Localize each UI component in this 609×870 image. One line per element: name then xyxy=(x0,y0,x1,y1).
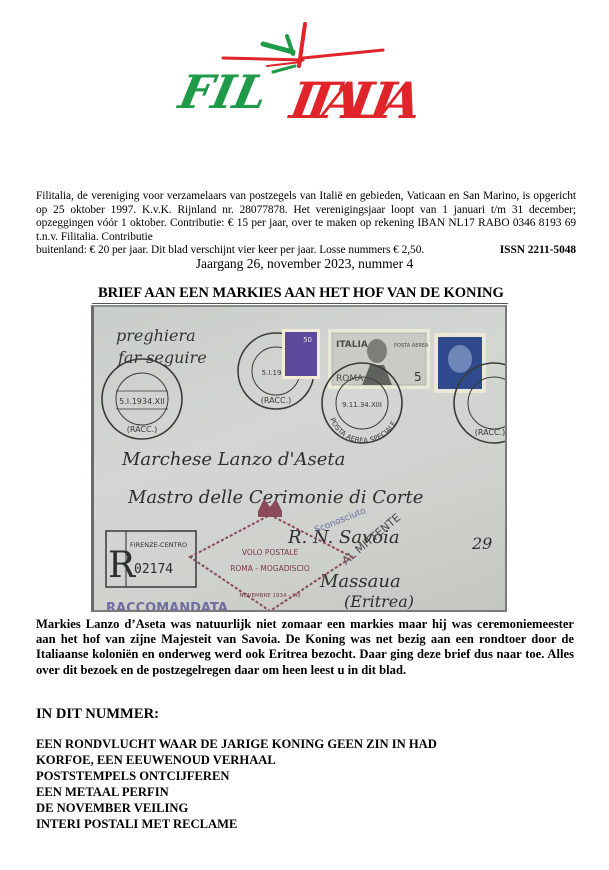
toc-item: KORFOE, EEN EEUWENOUD VERHAAL xyxy=(36,753,437,769)
postmark-right-racc: (RACC.) xyxy=(475,428,506,437)
address-line-4: Massaua xyxy=(319,571,401,592)
handwriting-preghiera: preghiera xyxy=(116,326,196,345)
postmark-airmail-date: 9.11.34.XIII xyxy=(342,401,382,409)
toc-heading: IN DIT NUMMER: xyxy=(36,706,159,723)
filitalia-logo: FIL ITALIA xyxy=(175,22,445,147)
stamp-purple-value: 50 xyxy=(303,336,312,344)
headline-rule xyxy=(92,303,508,304)
cachet-line-3: NOVEMBRE 1934 - XIII xyxy=(239,593,301,599)
toc-item: EEN RONDVLUCHT WAAR DE JARIGE KONING GEE… xyxy=(36,737,437,753)
registration-letter: R xyxy=(108,545,136,586)
stamp-airmail-value: 5 xyxy=(414,370,422,384)
toc-item: EEN METAAL PERFIN xyxy=(36,785,437,801)
postmark-airmail-ring: POSTA AEREA SPECIALE xyxy=(328,417,398,445)
raccomandata-stamp: RACCOMANDATA xyxy=(106,601,228,612)
society-intro: Filitalia, de vereniging voor verzamelaa… xyxy=(36,190,576,258)
postmark-left-date: 5.I.1934.XII xyxy=(119,397,165,406)
postmark-left-racc: (RACC.) xyxy=(127,425,158,434)
toc-item: POSTSTEMPELS ONTCIJFEREN xyxy=(36,769,437,785)
address-number: 29 xyxy=(471,534,492,553)
stamp-airmail-label: POSTA AEREA xyxy=(394,343,429,349)
toc-item: DE NOVEMBER VEILING xyxy=(36,801,437,817)
stamp-airmail-city: ROMA xyxy=(336,374,364,384)
article-headline: BRIEF AAN EEN MARKIES AAN HET HOF VAN DE… xyxy=(98,285,502,302)
cachet-line-1: VOLO POSTALE xyxy=(242,548,299,557)
logo-italia-text: ITALIA xyxy=(284,71,426,130)
intro-text: Filitalia, de vereniging voor verzamelaa… xyxy=(36,190,576,244)
registration-number: 02174 xyxy=(134,562,173,577)
toc-item: INTERI POSTALI MET RECLAME xyxy=(36,817,437,833)
address-line-1: Marchese Lanzo d'Aseta xyxy=(121,449,345,470)
toc-list: EEN RONDVLUCHT WAAR DE JARIGE KONING GEE… xyxy=(36,737,437,833)
envelope-photo: preghiera far seguire 5.I.1934.XII (RACC… xyxy=(91,305,507,612)
address-line-5: (Eritrea) xyxy=(344,592,414,611)
logo-fil-text: FIL xyxy=(175,64,272,118)
postmark-center-racc: (RACC.) xyxy=(261,396,292,405)
article-lead: Markies Lanzo d’Aseta was natuurlijk nie… xyxy=(36,617,574,678)
stamp-purple xyxy=(285,332,317,376)
issue-line: Jaargang 26, november 2023, nummer 4 xyxy=(0,256,609,272)
stamp-airmail-country: ITALIA xyxy=(336,340,368,350)
registration-office: FIRENZE-CENTRO xyxy=(130,541,187,549)
cachet-line-2: ROMA - MOGADISCIO xyxy=(230,564,310,573)
